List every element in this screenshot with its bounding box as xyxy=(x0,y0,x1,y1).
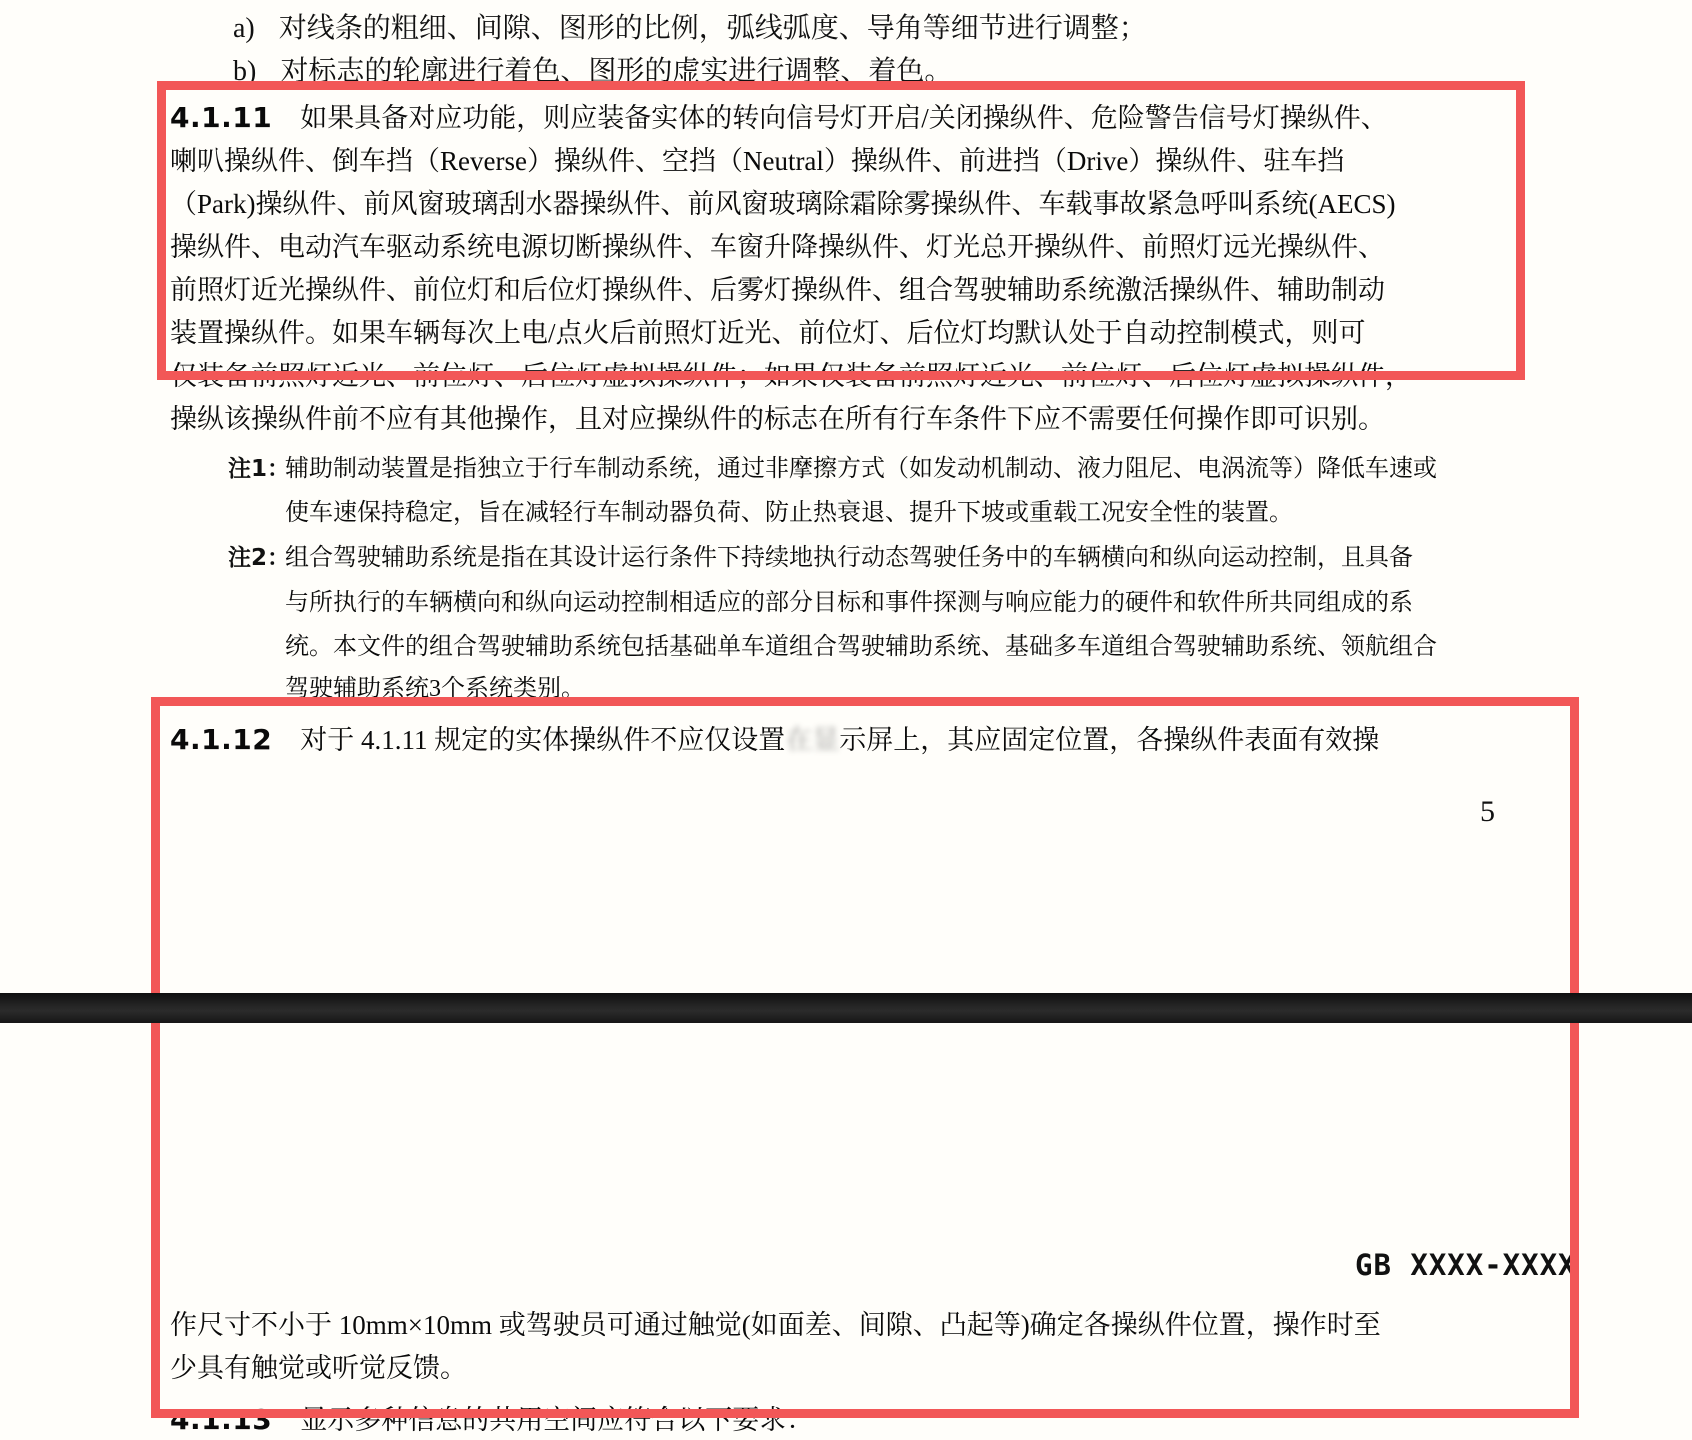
document-page: a)对线条的粗细、间隙、图形的比例，弧线弧度、导角等细节进行调整； b)对标志的… xyxy=(0,0,1692,1440)
list-item-b: b)对标志的轮廓进行着色、图形的虚实进行调整、着色。 xyxy=(233,53,952,93)
clause-4-1-12-text-before: 对于 4.1.11 规定的实体操纵件不应仅设置 xyxy=(300,725,785,755)
list-item-a-text: 对线条的粗细、间隙、图形的比例，弧线弧度、导角等细节进行调整； xyxy=(279,13,1147,44)
list-item-b-text: 对标志的轮廓进行着色、图形的虚实进行调整、着色。 xyxy=(280,56,952,87)
note-2-label: 注2： xyxy=(228,541,290,579)
note-2-line-2: 与所执行的车辆横向和纵向运动控制相适应的部分目标和事件探测与响应能力的硬件和软件… xyxy=(285,586,1465,624)
note-2-line-1: 组合驾驶辅助系统是指在其设计运行条件下持续地执行动态驾驶任务中的车辆横向和纵向运… xyxy=(285,541,1465,579)
list-item-a: a)对线条的粗细、间隙、图形的比例，弧线弧度、导角等细节进行调整； xyxy=(233,10,1147,50)
clause-4-1-12-text-after: 示屏上，其应固定位置，各操纵件表面有效操 xyxy=(839,725,1379,755)
note-1-label: 注1： xyxy=(228,452,290,490)
note-1-line-2: 使车速保持稳定，旨在减轻行车制动器负荷、防止热衰退、提升下坡或重载工况安全性的装… xyxy=(285,496,1465,534)
list-item-a-marker: a) xyxy=(233,10,255,48)
page-break-bar xyxy=(0,993,1692,1023)
clause-4-1-11-line-1: 4.1.11如果具备对应功能，则应装备实体的转向信号灯开启/关闭操纵件、危险警告… xyxy=(170,99,1465,139)
clause-4-1-11-line-4: 操纵件、电动汽车驱动系统电源切断操纵件、车窗升降操纵件、灯光总开操纵件、前照灯远… xyxy=(170,228,1465,268)
clause-4-1-11-line-3: （Park)操纵件、前风窗玻璃刮水器操纵件、前风窗玻璃除霜除雾操纵件、车载事故紧… xyxy=(170,185,1465,225)
clause-4-1-12-line-2: 作尺寸不小于 10mm×10mm 或驾驶员可通过触觉(如面差、间隙、凸起等)确定… xyxy=(170,1306,1465,1346)
clause-4-1-13-text: 显示多种信息的共用空间应符合以下要求： xyxy=(300,1405,813,1435)
clause-4-1-13-line: 4.1.13显示多种信息的共用空间应符合以下要求： xyxy=(170,1401,1465,1440)
clause-4-1-11-line-2: 喇叭操纵件、倒车挡（Reverse）操纵件、空挡（Neutral）操纵件、前进挡… xyxy=(170,142,1465,182)
clause-4-1-12-line-3: 少具有触觉或听觉反馈。 xyxy=(170,1349,1465,1389)
clause-4-1-11-line-1-text: 如果具备对应功能，则应装备实体的转向信号灯开启/关闭操纵件、危险警告信号灯操纵件… xyxy=(300,103,1388,133)
clause-4-1-11-line-5: 前照灯近光操纵件、前位灯和后位灯操纵件、后雾灯操纵件、组合驾驶辅助系统激活操纵件… xyxy=(170,271,1465,311)
note-2-line-4: 驾驶辅助系统3个系统类别。 xyxy=(285,672,1465,710)
clause-4-1-12-smudged-text: 在显 xyxy=(785,725,839,755)
next-page-header: GB XXXX-XXXX xyxy=(1355,1248,1577,1282)
clause-4-1-12-line-1: 4.1.12对于 4.1.11 规定的实体操纵件不应仅设置在显示屏上，其应固定位… xyxy=(170,721,1465,761)
clause-4-1-11-line-8: 操纵该操纵件前不应有其他操作，且对应操纵件的标志在所有行车条件下应不需要任何操作… xyxy=(170,400,1465,440)
page-number: 5 xyxy=(1480,795,1495,829)
clause-4-1-13-number: 4.1.13 xyxy=(170,1401,272,1439)
clause-4-1-11-line-6: 装置操纵件。如果车辆每次上电/点火后前照灯近光、前位灯、后位灯均默认处于自动控制… xyxy=(170,314,1465,354)
clause-4-1-11-line-7: 仅装备前照灯近光、前位灯、后位灯虚拟操纵件；如果仅装备前照灯近光、前位灯、后位灯… xyxy=(170,357,1465,397)
clause-4-1-11-number: 4.1.11 xyxy=(170,99,272,137)
clause-4-1-12-number: 4.1.12 xyxy=(170,721,272,759)
note-1-line-1: 辅助制动装置是指独立于行车制动系统，通过非摩擦方式（如发动机制动、液力阻尼、电涡… xyxy=(285,452,1465,490)
note-2-line-3: 统。本文件的组合驾驶辅助系统包括基础单车道组合驾驶辅助系统、基础多车道组合驾驶辅… xyxy=(285,630,1465,668)
list-item-b-marker: b) xyxy=(233,53,256,91)
